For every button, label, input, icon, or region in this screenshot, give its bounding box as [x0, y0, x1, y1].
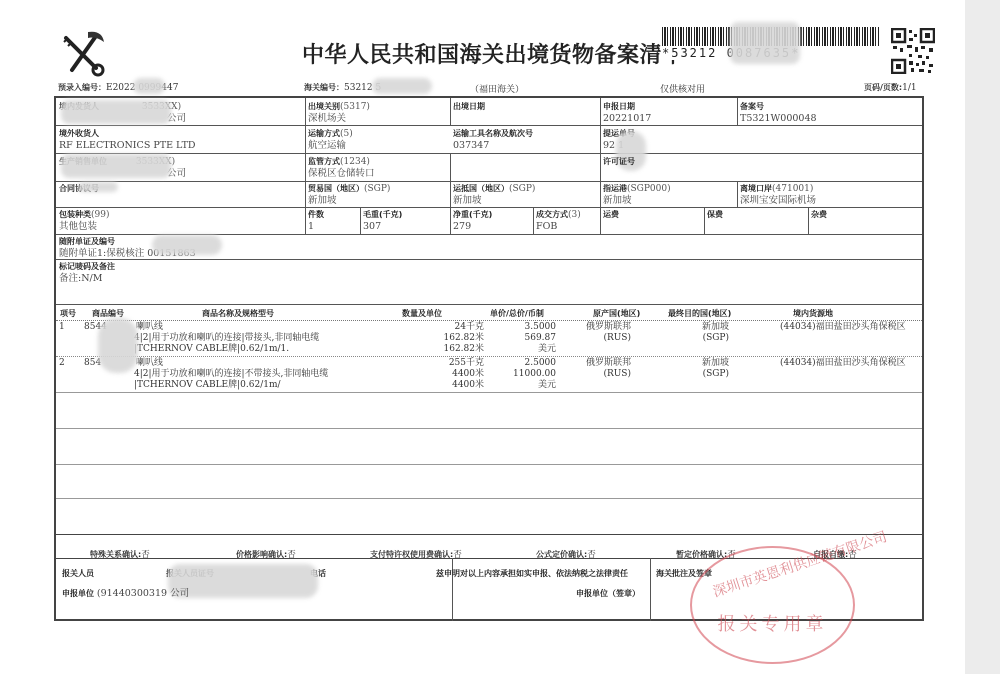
- redaction-blur: [98, 318, 138, 373]
- confirmation-item: 特殊关系确认:否: [90, 548, 150, 560]
- redaction-blur: [61, 100, 171, 124]
- seal-label: 报关专用章: [692, 610, 853, 636]
- field-gross-weight: 毛重(千克)307: [363, 209, 402, 233]
- th-item-no: 项号: [60, 308, 76, 319]
- customs-no-label: 海关编号：: [304, 83, 344, 92]
- unit-total-price: 2.5000: [486, 358, 556, 369]
- document-title: 中华人民共和国海关出境货物备案清单: [302, 38, 685, 69]
- empty-row-line: [56, 464, 922, 465]
- origin-country: 俄罗斯联邦: [561, 322, 631, 333]
- company-seal: 深圳市英恩利供应链有限公司 报关专用章: [690, 546, 855, 664]
- field-exit-date: 出境日期: [453, 101, 485, 113]
- field-marks: 标记唛码及备注备注:N/M: [59, 261, 115, 285]
- field-misc: 杂费: [811, 209, 827, 221]
- quantity: 4400米: [386, 369, 484, 380]
- field-net-weight: 净重(千克)279: [453, 209, 492, 233]
- customs-number: 海关编号：53212 5: [304, 82, 381, 93]
- page-value: 1/1: [902, 83, 916, 93]
- th-origin: 原产国(地区): [593, 308, 640, 319]
- field-transport-name: 运输工具名称及航次号037347: [453, 128, 533, 152]
- empty-row-line: [56, 498, 922, 499]
- field-supervision: 监管方式(1234) 保税区仓储转口: [308, 156, 375, 180]
- field-exit-customs: 出境关别(5317) 深机场关: [308, 101, 370, 125]
- field-freight: 运费: [603, 209, 619, 221]
- verify-note: 仅供核对用: [660, 82, 705, 95]
- quantity: 255千克: [386, 358, 484, 369]
- field-transport-mode: 运输方式(5) 航空运输: [308, 128, 353, 152]
- document-page: 中华人民共和国海关出境货物备案清单 *53212 0087635* 预录入编号：…: [0, 0, 965, 674]
- viewer-scroll-area[interactable]: [965, 0, 1000, 674]
- redaction-blur: [61, 154, 171, 178]
- destination-country: 新加坡: [656, 358, 729, 369]
- redaction-blur: [372, 78, 432, 94]
- destination-country: (SGP): [656, 369, 729, 380]
- th-destination: 最终目的国(地区): [668, 308, 731, 319]
- goods-source: (44034)福田盐田沙头角保税区: [780, 358, 906, 369]
- field-license: 许可证号: [603, 156, 635, 168]
- unit-total-price: 美元: [486, 380, 556, 391]
- redaction-blur: [133, 78, 165, 94]
- goods-description: 4|2|用于功放和喇叭的连接|带接头,非同轴电缆: [134, 333, 319, 344]
- confirmation-item: 支付特许权使用费确认:否: [370, 548, 462, 560]
- sign-label: 申报单位（签章）: [576, 588, 640, 600]
- empty-row-line: [56, 428, 922, 429]
- customs-office: （福田海关）: [470, 82, 524, 95]
- qr-code-icon: [891, 28, 935, 74]
- field-pieces: 件数1: [308, 209, 324, 233]
- customs-emblem-icon: [58, 28, 108, 78]
- page-label: 页码/页数:: [864, 83, 902, 92]
- redaction-blur: [78, 182, 118, 192]
- field-insurance: 保费: [707, 209, 723, 221]
- statement: 兹申明对以上内容承担如实申报、依法纳税之法律责任: [436, 568, 628, 580]
- item-no: 2: [59, 358, 65, 369]
- field-port: 指运港(SGP000) 新加坡: [603, 183, 671, 207]
- goods-source: (44034)福田盐田沙头角保税区: [780, 322, 906, 333]
- origin-country: (RUS): [561, 369, 631, 380]
- unit-total-price: 569.87: [486, 333, 556, 344]
- quantity: 24千克: [386, 322, 484, 333]
- field-declare-date: 申报日期20221017: [603, 101, 651, 125]
- confirmation-item: 价格影响确认:否: [236, 548, 296, 560]
- goods-description: 喇叭线: [136, 322, 163, 333]
- pre-entry-label: 预录入编号：: [58, 83, 106, 92]
- field-record-no: 备案号T5321W000048: [740, 101, 817, 125]
- th-price: 单价/总价/币制: [490, 308, 544, 319]
- unit-total-price: 3.5000: [486, 322, 556, 333]
- declare-unit: 申报单位 (91440300319 公司: [62, 588, 189, 600]
- redaction-blur: [168, 564, 318, 598]
- origin-country: 俄罗斯联邦: [561, 358, 631, 369]
- empty-row-line: [56, 392, 922, 393]
- th-description: 商品名称及规格型号: [202, 308, 274, 319]
- field-dest-country: 运抵国（地区）(SGP) 新加坡: [453, 183, 535, 207]
- destination-country: (SGP): [656, 333, 729, 344]
- field-package: 包装种类(99) 其他包装: [59, 209, 109, 233]
- declaration-form: 境内发货人 3533XX) 公司 出境关别(5317) 深机场关 出境日期 申报…: [54, 96, 924, 621]
- quantity: 162.82米: [386, 344, 484, 355]
- unit-total-price: 11000.00: [486, 369, 556, 380]
- quantity: 4400米: [386, 380, 484, 391]
- redaction-blur: [730, 22, 800, 64]
- goods-description: 喇叭线: [136, 358, 163, 369]
- redaction-blur: [152, 235, 222, 255]
- field-exit-port: 离境口岸(471001) 深圳宝安国际机场: [740, 183, 816, 207]
- confirmation-item: 公式定价确认:否: [536, 548, 596, 560]
- item-no: 1: [59, 322, 65, 333]
- declarant-label: 报关人员: [62, 568, 94, 580]
- th-source: 境内货源地: [793, 308, 833, 319]
- goods-description: 4|2|用于功放和喇叭的连接|不带接头,非同轴电缆: [134, 369, 328, 380]
- row-divider: [56, 356, 922, 357]
- th-quantity: 数量及单位: [402, 308, 442, 319]
- goods-description: |TCHERNOV CABLE牌|0.62/1m/: [134, 380, 281, 391]
- goods-description: |TCHERNOV CABLE牌|0.62/1m/1.: [134, 344, 289, 355]
- destination-country: 新加坡: [656, 322, 729, 333]
- origin-country: (RUS): [561, 333, 631, 344]
- field-consignee: 境外收货人RF ELECTRONICS PTE LTD: [59, 128, 196, 152]
- field-deal-mode: 成交方式(3) FOB: [536, 209, 581, 233]
- page-indicator: 页码/页数:1/1: [864, 82, 917, 93]
- unit-total-price: 美元: [486, 344, 556, 355]
- field-trade-country: 贸易国（地区）(SGP) 新加坡: [308, 183, 390, 207]
- quantity: 162.82米: [386, 333, 484, 344]
